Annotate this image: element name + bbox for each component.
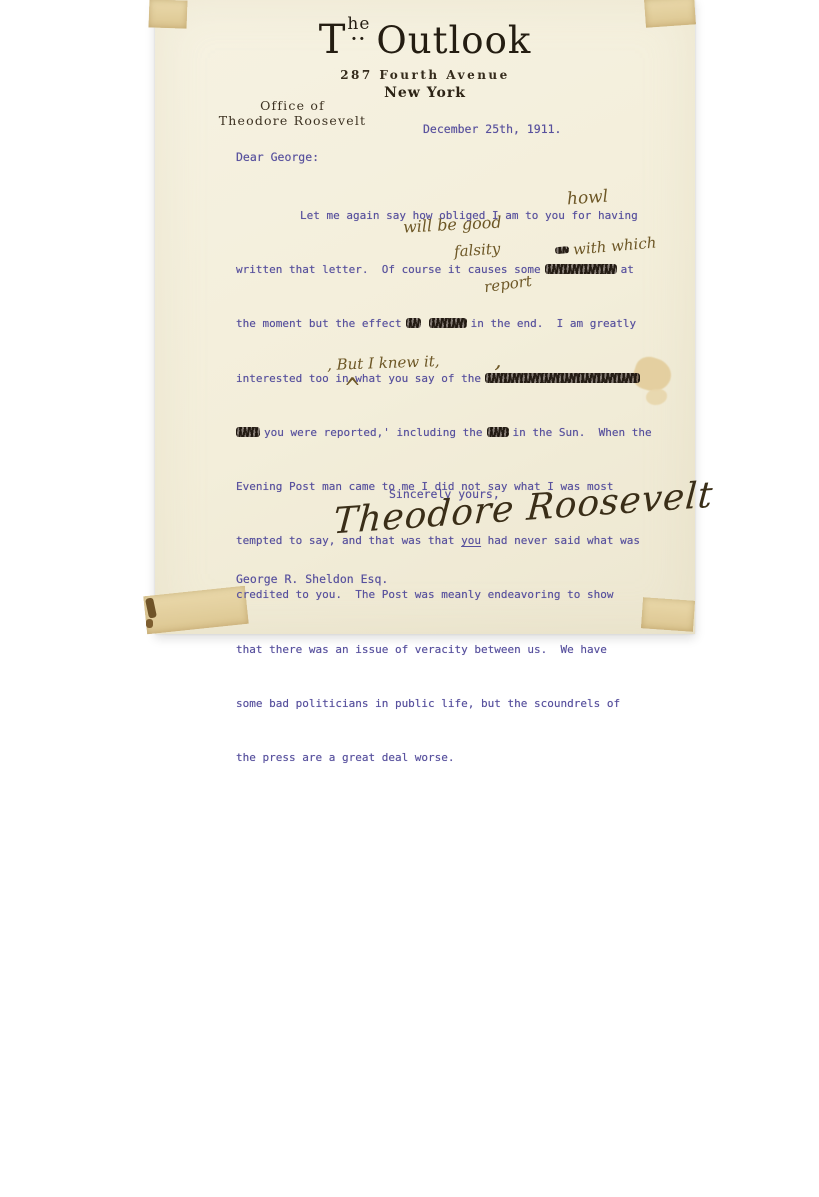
insertion-caret-mark: ^ <box>344 371 361 405</box>
scratched-out-word <box>236 427 260 437</box>
recipient: George R. Sheldon Esq. <box>236 572 388 586</box>
scratched-out-word <box>545 264 617 274</box>
scratched-out-word <box>429 318 467 328</box>
letterhead-title-outlook: Outlook <box>376 19 531 62</box>
paper-edge-speck <box>146 619 153 628</box>
handwritten-correction-falsity: falsity <box>453 239 500 260</box>
date-line: December 25th, 1911. <box>423 122 561 136</box>
scratched-out-words <box>485 373 640 383</box>
underlined-you: you <box>461 534 481 547</box>
letterhead-title: The..Outlook <box>155 20 695 61</box>
body-line-5: you were reported,' including thein the … <box>236 419 706 447</box>
office-line-2: Theodore Roosevelt <box>210 113 375 128</box>
letter-paper: The..Outlook 287 Fourth Avenue New York … <box>155 0 695 634</box>
body-line-2: written that letter. Of course it causes… <box>236 256 706 284</box>
letterhead-he-stack: he.. <box>347 18 370 39</box>
body-line-4: interested too in what you say of the <box>236 365 706 393</box>
scratched-out-word <box>406 318 421 328</box>
office-block: Office of Theodore Roosevelt <box>210 98 375 128</box>
body-line-11: the press are a great deal worse. <box>236 744 706 772</box>
small-ink-scratch <box>555 246 570 254</box>
letterhead-address: 287 Fourth Avenue <box>155 68 695 82</box>
abbreviation-dots: .. <box>347 31 370 39</box>
photo-background: The..Outlook 287 Fourth Avenue New York … <box>0 0 819 1197</box>
office-line-1: Office of <box>210 98 375 113</box>
body-line-10: some bad politicians in public life, but… <box>236 690 706 718</box>
handwritten-correction-howl: howl <box>566 187 608 210</box>
letterhead-title-t: T <box>319 17 347 63</box>
letterhead: The..Outlook 287 Fourth Avenue New York <box>155 20 695 101</box>
body-line-3: the moment but the effectin the end. I a… <box>236 310 706 338</box>
scratched-out-word <box>487 427 509 437</box>
tape-bottom-left <box>143 586 248 634</box>
salutation: Dear George: <box>236 150 319 164</box>
body-line-9: that there was an issue of veracity betw… <box>236 636 706 664</box>
